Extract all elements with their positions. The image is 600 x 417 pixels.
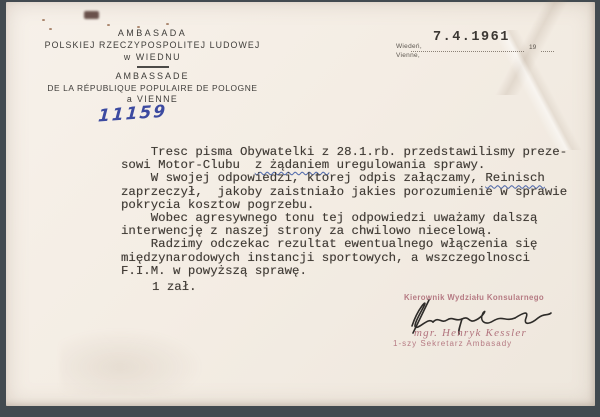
letterhead-fr-line1: AMBASSADE (35, 71, 270, 81)
body-segment: sowi Motor-Clubu (121, 158, 255, 172)
stamp-signer-role: 1-szy Sekretarz Ambasady (393, 339, 512, 348)
ink-smudge (84, 11, 99, 19)
printed-year-prefix: 19 (529, 44, 536, 51)
letter-body: Tresc pisma Obywatelki z 28.1.rb. przeds… (121, 146, 567, 278)
date-dotted-line (411, 42, 524, 52)
stamp-signer-name: mgr. Henryk Kessler (414, 327, 527, 339)
body-line: W swojej odpowiedzi, ktorej odpis załącz… (121, 172, 567, 185)
redacted-recipient-line (342, 100, 448, 111)
enclosure-note: 1 zał. (152, 280, 197, 294)
letterhead-pl-line3: w WIEDNU (35, 52, 270, 62)
redacted-recipient-line (342, 119, 427, 131)
letterhead-pl-line2: POLSKIEJ RZECZYPOSPOLITEJ LUDOWEJ (35, 40, 270, 50)
letterhead-divider (137, 66, 169, 68)
paper-speck (107, 24, 110, 26)
date-dotted-line-tail (541, 42, 554, 52)
dateline-city-french: Vienne, (396, 52, 420, 59)
redacted-recipient-line (345, 80, 401, 89)
body-line: międzynarodowych instancji sportowych, a… (121, 252, 567, 265)
body-line: F.I.M. w powyższą sprawę. (121, 265, 567, 278)
paper-speck (42, 19, 45, 21)
underlined-phrase: Reinisch (485, 171, 545, 185)
underlined-phrase: z żądaniem (255, 158, 329, 172)
document-scan: AMBASADA POLSKIEJ RZECZYPOSPOLITEJ LUDOW… (0, 0, 600, 417)
letterhead-pl-line1: AMBASADA (35, 28, 270, 38)
body-line: zaprzeczył, jakoby zaistniało jakies por… (121, 186, 567, 199)
letterhead-fr-line2: DE LA RÉPUBLIQUE POPULAIRE DE POLOGNE (35, 83, 270, 93)
body-line: Radzimy odczekac rezultat ewentualnego w… (121, 238, 567, 251)
body-segment: uregulowania sprawy. (329, 158, 485, 172)
paper-speck (166, 23, 169, 25)
body-segment: W swojej odpowiedzi, ktorej odpis załącz… (121, 171, 485, 185)
